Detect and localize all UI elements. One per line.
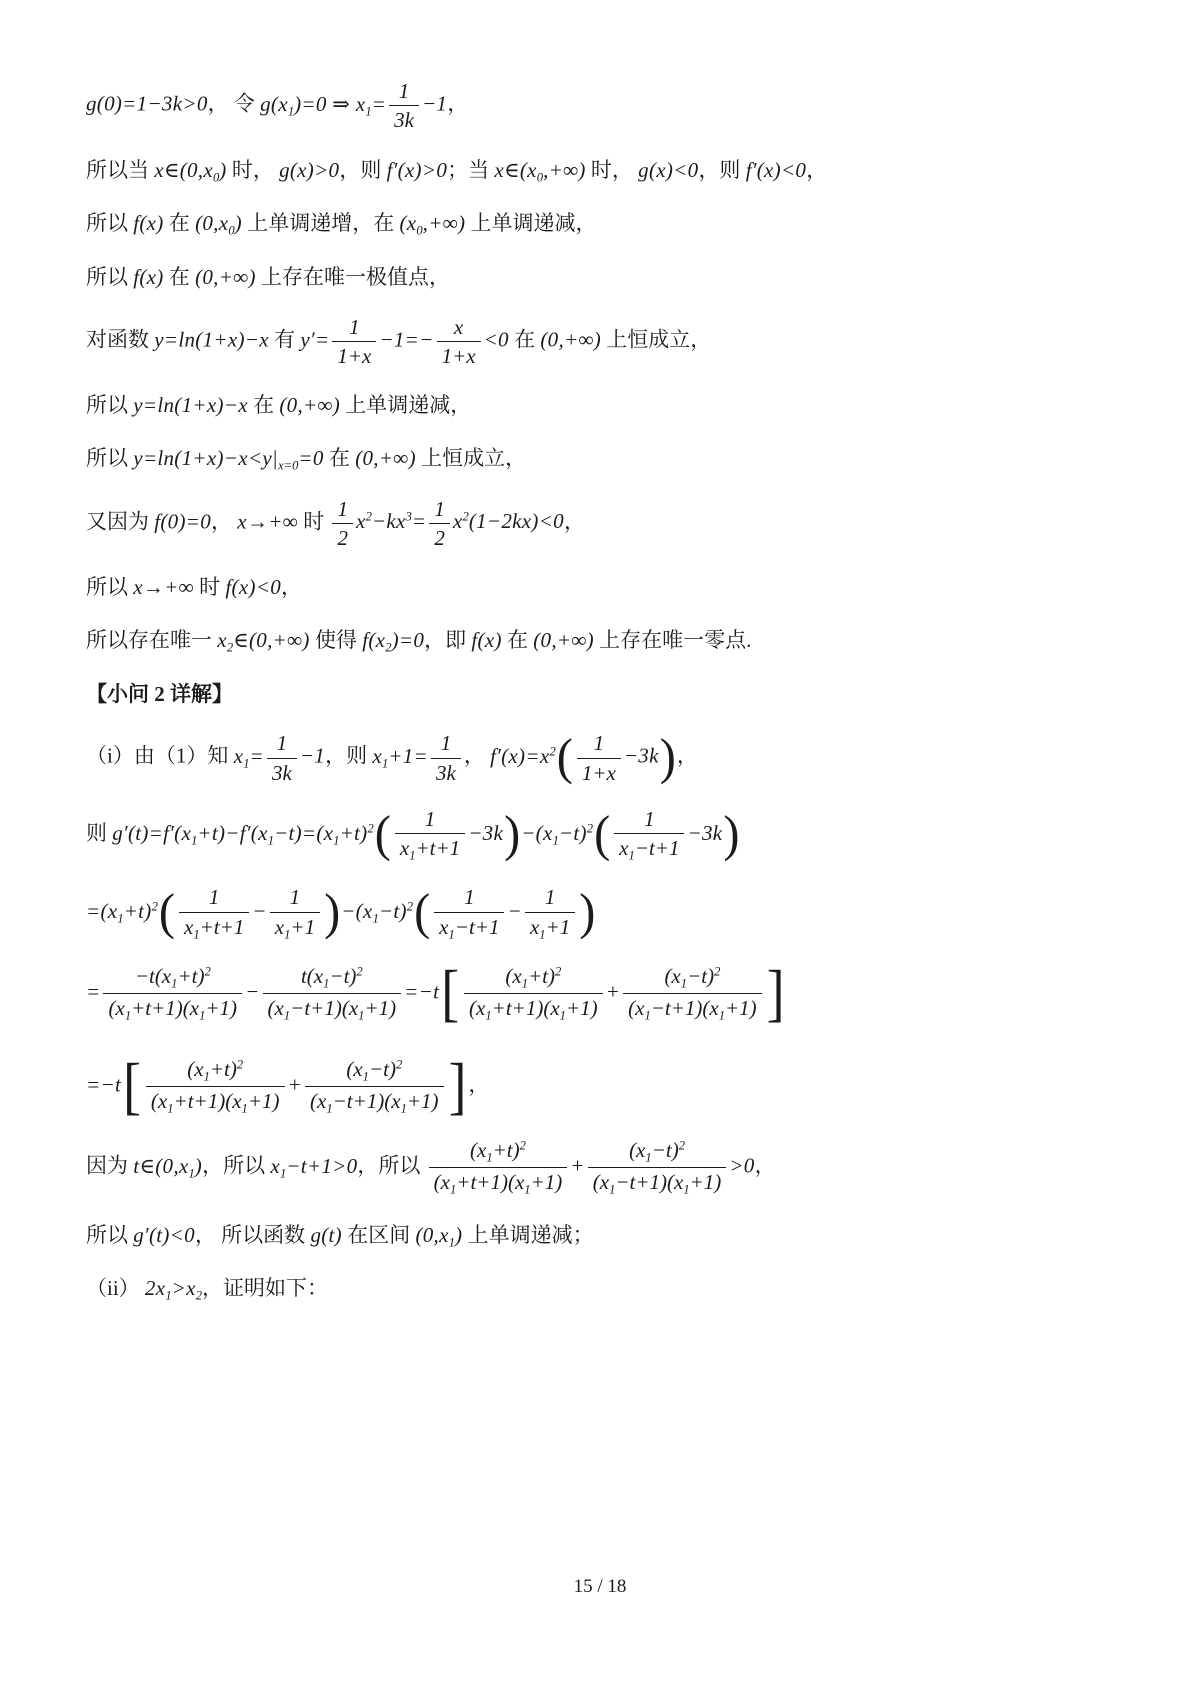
- denominator: (x1+t+1)(x1+1): [464, 993, 603, 1024]
- subscript: 1: [485, 1008, 491, 1022]
- numerator: t(x1−t)2: [263, 963, 402, 993]
- text-run: 对函数: [86, 327, 154, 351]
- subscript: 1: [681, 976, 687, 990]
- fraction: 1x1+t+1: [179, 884, 249, 942]
- text-run: 所以: [86, 265, 133, 289]
- denominator: (x1−t+1)(x1+1): [588, 1167, 727, 1198]
- content-line: g(0)=1−3k>0， 令 g(x1)=0 ⇒ x1=13k−1，: [86, 78, 1134, 134]
- numerator: 1: [389, 78, 419, 105]
- math-run: −: [252, 899, 266, 923]
- big-bracket: ]: [449, 1055, 467, 1118]
- superscript: 2: [152, 900, 158, 914]
- math-run: +: [606, 979, 620, 1003]
- subscript: 1: [323, 976, 329, 990]
- text-run: 上恒成立，: [416, 446, 526, 470]
- math-run: +: [288, 1072, 302, 1096]
- text-run: 在: [324, 446, 356, 470]
- subscript: 1: [191, 833, 197, 847]
- subscript: 1: [284, 927, 290, 941]
- fraction: 13k: [431, 730, 461, 786]
- denominator: 3k: [389, 105, 419, 133]
- text-run: ，即: [424, 628, 471, 652]
- text-run: ，所以: [202, 1154, 270, 1178]
- denominator: 2: [332, 523, 353, 551]
- math-run: (0,+∞): [279, 393, 340, 417]
- math-run: x∈(x0,+∞): [494, 158, 585, 182]
- content-line: 因为 t∈(0,x1)，所以 x1−t+1>0，所以 (x1+t)2(x1+t+…: [86, 1137, 1134, 1198]
- content-line: 所以存在唯一 x2∈(0,+∞) 使得 f(x2)=0，即 f(x) 在 (0,…: [86, 624, 1134, 658]
- subscript: 1: [644, 1008, 650, 1022]
- text-run: ，: [211, 509, 237, 533]
- superscript: 2: [237, 1057, 243, 1071]
- math-run: g(t): [310, 1223, 342, 1247]
- text-run: ， 令: [208, 92, 261, 116]
- numerator: (x1−t)2: [305, 1056, 444, 1086]
- fraction: (x1+t)2(x1+t+1)(x1+1): [146, 1056, 285, 1117]
- subscript: 1: [719, 1008, 725, 1022]
- text-run: 时: [194, 575, 226, 599]
- math-run: f(0)=0: [154, 509, 211, 533]
- math-run: >0: [729, 1154, 754, 1178]
- text-run: ；当: [447, 158, 494, 182]
- math-run: (x0,+∞): [399, 211, 465, 235]
- subscript: 1: [645, 1151, 651, 1165]
- text-run: ，: [755, 1154, 776, 1178]
- denominator: 2: [429, 523, 450, 551]
- denominator: (x1−t+1)(x1+1): [305, 1086, 444, 1117]
- text-run: 又因为: [86, 509, 154, 533]
- math-run: =: [86, 979, 100, 1003]
- math-run: (0,+∞): [195, 265, 256, 289]
- subscript: 1: [409, 849, 415, 863]
- content-line: 对函数 y=ln(1+x)−x 有 y′=11+x−1=−x1+x<0 在 (0…: [86, 314, 1134, 370]
- math-run: x2∈(0,+∞): [217, 628, 309, 652]
- subscript: 1: [193, 927, 199, 941]
- subscript: 1: [333, 833, 339, 847]
- numerator: 1: [434, 884, 504, 911]
- subscript: 1: [284, 1008, 290, 1022]
- solution-content: g(0)=1−3k>0， 令 g(x1)=0 ⇒ x1=13k−1，所以当 x∈…: [0, 0, 1200, 1306]
- math-run: =−t: [404, 979, 439, 1003]
- text-run: 【小问 2 详解】: [86, 682, 233, 706]
- text-run: 上存在唯一极值点，: [256, 265, 450, 289]
- fraction: (x1−t)2(x1−t+1)(x1+1): [588, 1137, 727, 1198]
- subscript: 1: [539, 927, 545, 941]
- subscript: 1: [280, 1166, 286, 1180]
- content-line: 又因为 f(0)=0， x→+∞ 时 12x2−kx3=12x2(1−2kx)<…: [86, 496, 1134, 552]
- fraction: 1x1+t+1: [395, 806, 465, 864]
- superscript: 2: [714, 964, 720, 978]
- math-run: (0,x0): [195, 211, 242, 235]
- superscript: 3: [406, 510, 412, 524]
- denominator: 3k: [267, 758, 297, 786]
- superscript: 2: [679, 1139, 685, 1153]
- math-run: (0,+∞): [533, 628, 594, 652]
- text-run: 上单调递减，: [465, 211, 596, 235]
- numerator: (x1+t)2: [464, 963, 603, 993]
- superscript: 2: [204, 964, 210, 978]
- text-run: 所以: [86, 1223, 133, 1247]
- math-run: (0,x1): [415, 1223, 462, 1247]
- subscript: 1: [288, 104, 294, 118]
- math-run: −1: [300, 744, 325, 768]
- big-paren: (: [594, 810, 610, 861]
- superscript: 2: [555, 964, 561, 978]
- big-bracket: [: [441, 962, 459, 1025]
- text-run: ，: [806, 158, 827, 182]
- superscript: 2: [366, 510, 372, 524]
- text-run: 在: [164, 211, 196, 235]
- big-paren: (: [557, 733, 573, 784]
- subscript: 1: [382, 756, 388, 770]
- math-run: f′(x)=x2: [490, 744, 556, 768]
- math-run: x2(1−2kx)<0: [453, 509, 564, 533]
- content-line: （ii） 2x1>x2，证明如下：: [86, 1272, 1134, 1306]
- text-run: 在: [248, 393, 280, 417]
- text-run: 时: [298, 509, 330, 533]
- text-run: ，证明如下：: [202, 1276, 328, 1300]
- content-line: 则 g′(t)=f′(x1+t)−f′(x1−t)=(x1+t)2(1x1+t+…: [86, 806, 1134, 864]
- math-run: g(x)<0: [638, 158, 698, 182]
- text-run: 使得: [310, 628, 363, 652]
- math-run: f(x): [133, 265, 163, 289]
- math-run: x1−t+1>0: [270, 1154, 357, 1178]
- subscript: 1: [358, 1008, 364, 1022]
- math-run: f′(x)>0: [387, 158, 448, 182]
- text-run: 上单调递减；: [462, 1223, 593, 1247]
- fraction: t(x1−t)2(x1−t+1)(x1+1): [263, 963, 402, 1024]
- math-run: +: [570, 1154, 584, 1178]
- math-run: =(x1+t)2: [86, 899, 158, 923]
- math-run: x1=: [234, 744, 264, 768]
- math-run: g′(t)=f′(x1+t)−f′(x1−t)=(x1+t)2: [112, 821, 374, 845]
- superscript: 2: [587, 821, 593, 835]
- denominator: 3k: [431, 758, 461, 786]
- text-run: ，: [281, 575, 302, 599]
- fraction: 11+x: [577, 730, 621, 786]
- superscript: 2: [549, 744, 555, 758]
- denominator: 1+x: [437, 341, 481, 369]
- numerator: (x1−t)2: [623, 963, 762, 993]
- numerator: 1: [267, 730, 297, 757]
- text-run: （i）由（1）知: [86, 744, 234, 768]
- math-run: g(x)>0: [279, 158, 339, 182]
- subscript: 0: [416, 224, 422, 238]
- text-run: 在: [502, 628, 534, 652]
- text-run: 上存在唯一零点.: [594, 628, 752, 652]
- fraction: (x1−t)2(x1−t+1)(x1+1): [305, 1056, 444, 1117]
- text-run: ， 所以函数: [195, 1223, 311, 1247]
- denominator: x1+t+1: [179, 912, 249, 943]
- text-run: （ii）: [86, 1276, 145, 1300]
- numerator: 1: [614, 806, 684, 833]
- text-run: 则: [86, 821, 112, 845]
- subscript: 1: [117, 912, 123, 926]
- fraction: 1x1+1: [525, 884, 575, 942]
- text-run: 时，: [227, 158, 280, 182]
- math-run: y=ln(1+x)−x: [154, 327, 269, 351]
- math-run: −(x1−t)2: [521, 821, 593, 845]
- content-line: =−t(x1+t)2(x1+t+1)(x1+1)−t(x1−t)2(x1−t+1…: [86, 963, 1134, 1024]
- math-run: −3k: [624, 744, 659, 768]
- big-paren: ): [660, 733, 676, 784]
- text-run: ，: [447, 92, 468, 116]
- numerator: (x1+t)2: [429, 1137, 568, 1167]
- denominator: (x1+t+1)(x1+1): [103, 993, 242, 1024]
- fraction: x1+x: [437, 314, 481, 370]
- math-run: y=ln(1+x)−x: [133, 393, 248, 417]
- subscript: x=0: [278, 458, 298, 472]
- text-run: ，: [564, 509, 585, 533]
- subscript: 1: [450, 1183, 456, 1197]
- numerator: 1: [395, 806, 465, 833]
- text-run: ，则: [325, 744, 372, 768]
- content-line: 所以 g′(t)<0， 所以函数 g(t) 在区间 (0,x1) 上单调递减；: [86, 1219, 1134, 1253]
- subscript: 1: [629, 849, 635, 863]
- denominator: 1+x: [577, 758, 621, 786]
- math-run: x→+∞: [237, 509, 298, 533]
- fraction: 1x1−t+1: [614, 806, 684, 864]
- fraction: (x1+t)2(x1+t+1)(x1+1): [429, 1137, 568, 1198]
- math-run: =−t: [86, 1072, 121, 1096]
- subscript: 0: [537, 170, 543, 184]
- math-run: x2−kx3=: [356, 509, 426, 533]
- superscript: 2: [396, 1057, 402, 1071]
- math-run: f(x): [471, 628, 501, 652]
- text-run: ，则: [339, 158, 386, 182]
- math-run: f′(x)<0: [746, 158, 807, 182]
- subscript: 1: [449, 1235, 455, 1249]
- math-run: f(x)<0: [225, 575, 281, 599]
- fraction: 11+x: [332, 314, 376, 370]
- text-run: 在: [164, 265, 196, 289]
- text-run: 所以: [86, 393, 133, 417]
- text-run: 所以当: [86, 158, 154, 182]
- superscript: 2: [463, 510, 469, 524]
- subscript: 1: [125, 1008, 131, 1022]
- subscript: 1: [560, 1008, 566, 1022]
- content-line: =(x1+t)2(1x1+t+1−1x1+1)−(x1−t)2(1x1−t+1−…: [86, 884, 1134, 942]
- denominator: (x1+t+1)(x1+1): [429, 1167, 568, 1198]
- content-line: 所以 y=ln(1+x)−x<y|x=0=0 在 (0,+∞) 上恒成立，: [86, 442, 1134, 476]
- subscript: 1: [553, 833, 559, 847]
- content-line: （i）由（1）知 x1=13k−1，则 x1+1=13k， f′(x)=x2(1…: [86, 730, 1134, 786]
- subscript: 1: [326, 1101, 332, 1115]
- math-run: f(x): [133, 211, 163, 235]
- subscript: 1: [171, 976, 177, 990]
- text-run: ，: [677, 744, 698, 768]
- subscript: 1: [683, 1183, 689, 1197]
- big-paren: (: [159, 888, 175, 939]
- fraction: (x1−t)2(x1−t+1)(x1+1): [623, 963, 762, 1024]
- superscript: 2: [407, 900, 413, 914]
- math-run: t∈(0,x1): [133, 1154, 202, 1178]
- text-run: 有: [269, 327, 301, 351]
- text-run: 所以存在唯一: [86, 628, 217, 652]
- superscript: 2: [367, 821, 373, 835]
- subscript: 1: [524, 1183, 530, 1197]
- fraction: (x1+t)2(x1+t+1)(x1+1): [464, 963, 603, 1024]
- denominator: x1−t+1: [614, 833, 684, 864]
- text-run: 上单调递增，在: [242, 211, 400, 235]
- denominator: (x1+t+1)(x1+1): [146, 1086, 285, 1117]
- text-run: 在: [509, 327, 541, 351]
- denominator: 1+x: [332, 341, 376, 369]
- big-paren: (: [414, 888, 430, 939]
- subscript: 2: [385, 640, 391, 654]
- text-run: 所以: [86, 446, 133, 470]
- subscript: 1: [609, 1183, 615, 1197]
- numerator: 1: [525, 884, 575, 911]
- subscript: 0: [213, 170, 219, 184]
- numerator: 1: [332, 314, 376, 341]
- numerator: x: [437, 314, 481, 341]
- text-run: 所以: [86, 575, 133, 599]
- content-line: 所以 f(x) 在 (0,+∞) 上存在唯一极值点，: [86, 261, 1134, 294]
- fraction: 1x1+1: [270, 884, 320, 942]
- big-paren: (: [375, 810, 391, 861]
- subscript: 1: [268, 833, 274, 847]
- subscript: 1: [242, 1101, 248, 1115]
- math-run: g(0)=1−3k>0: [86, 92, 208, 116]
- math-run: (0,+∞): [355, 446, 416, 470]
- subscript: 2: [227, 640, 233, 654]
- numerator: 1: [332, 496, 353, 523]
- content-line: 【小问 2 详解】: [86, 678, 1134, 711]
- math-run: x∈(0,x0): [154, 158, 226, 182]
- text-run: 在区间: [342, 1223, 416, 1247]
- fraction: 12: [429, 496, 450, 552]
- subscript: 1: [373, 912, 379, 926]
- numerator: 1: [270, 884, 320, 911]
- content-line: 所以当 x∈(0,x0) 时， g(x)>0，则 f′(x)>0；当 x∈(x0…: [86, 154, 1134, 188]
- big-paren: ): [723, 810, 739, 861]
- numerator: 1: [577, 730, 621, 757]
- numerator: (x1−t)2: [588, 1137, 727, 1167]
- math-run: −3k: [468, 821, 503, 845]
- numerator: 1: [179, 884, 249, 911]
- big-bracket: [: [123, 1055, 141, 1118]
- math-run: g′(t)<0: [133, 1223, 195, 1247]
- fraction: 13k: [389, 78, 419, 134]
- document-page: { "footer": { "page_label": "15 / 18" },…: [0, 0, 1200, 1697]
- text-run: ，: [464, 744, 490, 768]
- numerator: 1: [429, 496, 450, 523]
- text-run: 所以: [86, 211, 133, 235]
- superscript: 2: [356, 964, 362, 978]
- math-run: −3k: [687, 821, 722, 845]
- subscript: 0: [228, 224, 234, 238]
- denominator: x1−t+1: [434, 912, 504, 943]
- numerator: 1: [431, 730, 461, 757]
- math-run: −: [507, 899, 521, 923]
- fraction: 12: [332, 496, 353, 552]
- superscript: 2: [520, 1139, 526, 1153]
- subscript: 1: [189, 1166, 195, 1180]
- denominator: x1+t+1: [395, 833, 465, 864]
- fraction: 1x1−t+1: [434, 884, 504, 942]
- subscript: 1: [243, 756, 249, 770]
- text-run: ，则: [698, 158, 745, 182]
- subscript: 1: [486, 1151, 492, 1165]
- text-run: ，所以: [357, 1154, 425, 1178]
- math-run: −1=−: [379, 327, 433, 351]
- text-run: 上单调递减，: [340, 393, 471, 417]
- math-run: y′=: [300, 327, 329, 351]
- denominator: (x1−t+1)(x1+1): [623, 993, 762, 1024]
- numerator: −t(x1+t)2: [103, 963, 242, 993]
- subscript: 1: [363, 1069, 369, 1083]
- text-run: 因为: [86, 1154, 133, 1178]
- big-paren: ): [579, 888, 595, 939]
- fraction: −t(x1+t)2(x1+t+1)(x1+1): [103, 963, 242, 1024]
- subscript: 1: [199, 1008, 205, 1022]
- math-run: 2x1>x2: [145, 1276, 202, 1300]
- content-line: 所以 x→+∞ 时 f(x)<0，: [86, 571, 1134, 604]
- math-run: x→+∞: [133, 575, 194, 599]
- subscript: 1: [522, 976, 528, 990]
- math-run: −1: [422, 92, 447, 116]
- content-line: =−t[(x1+t)2(x1+t+1)(x1+1)+(x1−t)2(x1−t+1…: [86, 1056, 1134, 1117]
- denominator: x1+1: [270, 912, 320, 943]
- text-run: 时，: [586, 158, 639, 182]
- text-run: ，: [468, 1072, 489, 1096]
- subscript: 1: [165, 1289, 171, 1303]
- denominator: (x1−t+1)(x1+1): [263, 993, 402, 1024]
- math-run: y=ln(1+x)−x<y|x=0=0: [133, 446, 323, 470]
- math-run: −(x1−t)2: [341, 899, 413, 923]
- subscript: 1: [167, 1101, 173, 1115]
- subscript: 1: [365, 104, 371, 118]
- big-paren: ): [324, 888, 340, 939]
- big-bracket: ]: [767, 962, 785, 1025]
- big-paren: ): [504, 810, 520, 861]
- math-run: x1+1=: [372, 744, 428, 768]
- page-number: 15 / 18: [0, 1576, 1200, 1598]
- subscript: 1: [204, 1069, 210, 1083]
- math-run: (0,+∞): [540, 327, 601, 351]
- text-run: 上恒成立，: [601, 327, 711, 351]
- math-run: −: [245, 979, 259, 1003]
- subscript: 1: [401, 1101, 407, 1115]
- subscript: 1: [448, 927, 454, 941]
- fraction: 13k: [267, 730, 297, 786]
- math-run: f(x2)=0: [362, 628, 424, 652]
- content-line: 所以 f(x) 在 (0,x0) 上单调递增，在 (x0,+∞) 上单调递减，: [86, 207, 1134, 241]
- numerator: (x1+t)2: [146, 1056, 285, 1086]
- math-run: <0: [484, 327, 509, 351]
- math-run: g(x1)=0 ⇒ x1=: [260, 92, 386, 116]
- content-line: 所以 y=ln(1+x)−x 在 (0,+∞) 上单调递减，: [86, 389, 1134, 422]
- denominator: x1+1: [525, 912, 575, 943]
